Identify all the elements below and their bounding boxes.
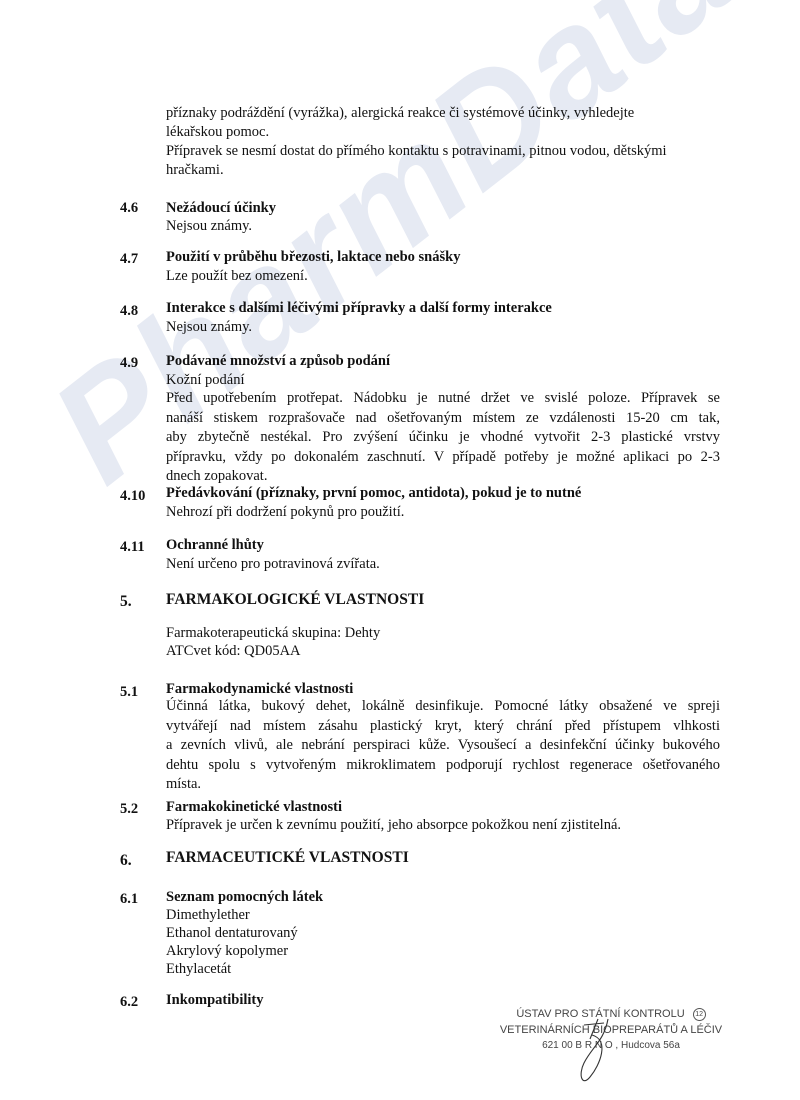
section-text: Nejsou známy.	[166, 217, 252, 235]
intro-line: příznaky podráždění (vyrážka), alergická…	[166, 104, 634, 122]
intro-line: hračkami.	[166, 161, 224, 179]
section-title: Inkompatibility	[166, 991, 264, 1009]
excipient-item: Akrylový kopolymer	[166, 942, 288, 960]
atcvet-code: ATCvet kód: QD05AA	[166, 642, 301, 660]
chapter-number: 6.	[120, 852, 132, 870]
section-text: Lze použít bez omezení.	[166, 267, 308, 285]
paragraph-line: místa.	[166, 775, 720, 795]
section-text: Není určeno pro potravinová zvířata.	[166, 555, 380, 573]
section-number: 6.2	[120, 993, 138, 1011]
paragraph-line: a zevních vlivů, ale nebrání perspiraci …	[166, 736, 720, 756]
section-number: 5.1	[120, 683, 138, 701]
section-title: Farmakodynamické vlastnosti	[166, 680, 353, 698]
chapter-number: 5.	[120, 593, 132, 611]
section-title: Ochranné lhůty	[166, 536, 264, 554]
section-number: 6.1	[120, 890, 138, 908]
section-number: 5.2	[120, 800, 138, 818]
section-number: 4.7	[120, 250, 138, 268]
paragraph-line: nanáší stiskem rozprašovače nad ošetřova…	[166, 409, 720, 429]
section-title: Použití v průběhu březosti, laktace nebo…	[166, 248, 460, 266]
section-number: 4.8	[120, 302, 138, 320]
section-title: Farmakokinetické vlastnosti	[166, 798, 342, 816]
section-number: 4.9	[120, 354, 138, 372]
excipient-item: Ethanol dentaturovaný	[166, 924, 298, 942]
paragraph-line: Účinná látka, bukový dehet, lokálně desi…	[166, 697, 720, 717]
section-text: Nejsou známy.	[166, 318, 252, 336]
paragraph-line: aby zbytečně nestékal. Pro zvýšení účink…	[166, 428, 720, 448]
document-page: příznaky podráždění (vyrážka), alergická…	[0, 0, 800, 1100]
section-title: Nežádoucí účinky	[166, 199, 276, 217]
section-number: 4.6	[120, 199, 138, 217]
section-paragraph: Účinná látka, bukový dehet, lokálně desi…	[166, 697, 720, 795]
excipient-item: Ethylacetát	[166, 960, 231, 978]
section-number: 4.10	[120, 487, 145, 505]
section-paragraph: Před upotřebením protřepat. Nádobku je n…	[166, 389, 720, 487]
excipient-item: Dimethylether	[166, 906, 250, 924]
intro-line: lékařskou pomoc.	[166, 123, 269, 141]
stamp-number: 12	[693, 1008, 706, 1021]
pharmacotherapeutic-group: Farmakoterapeutická skupina: Dehty	[166, 624, 380, 642]
chapter-title: FARMAKOLOGICKÉ VLASTNOSTI	[166, 591, 424, 609]
section-text: Přípravek je určen k zevnímu použití, je…	[166, 816, 621, 834]
section-title: Podávané množství a způsob podání	[166, 352, 390, 370]
paragraph-line: Před upotřebením protřepat. Nádobku je n…	[166, 389, 720, 409]
paragraph-line: vytvářejí nad místem zásahu plastický kr…	[166, 717, 720, 737]
intro-line: Přípravek se nesmí dostat do přímého kon…	[166, 142, 667, 160]
section-title: Interakce s dalšími léčivými přípravky a…	[166, 299, 552, 317]
paragraph-line: přípravku, vždy po dokonalém zaschnutí. …	[166, 448, 720, 468]
section-subtitle: Kožní podání	[166, 371, 245, 389]
section-text: Nehrozí při dodržení pokynů pro použití.	[166, 503, 404, 521]
section-number: 4.11	[120, 538, 145, 556]
chapter-title: FARMACEUTICKÉ VLASTNOSTI	[166, 849, 409, 867]
section-title: Předávkování (příznaky, první pomoc, ant…	[166, 484, 581, 502]
section-title: Seznam pomocných látek	[166, 888, 323, 906]
signature-icon	[570, 1015, 630, 1085]
paragraph-line: dehtu spolu s vytvořeným mikroklimatem p…	[166, 756, 720, 776]
